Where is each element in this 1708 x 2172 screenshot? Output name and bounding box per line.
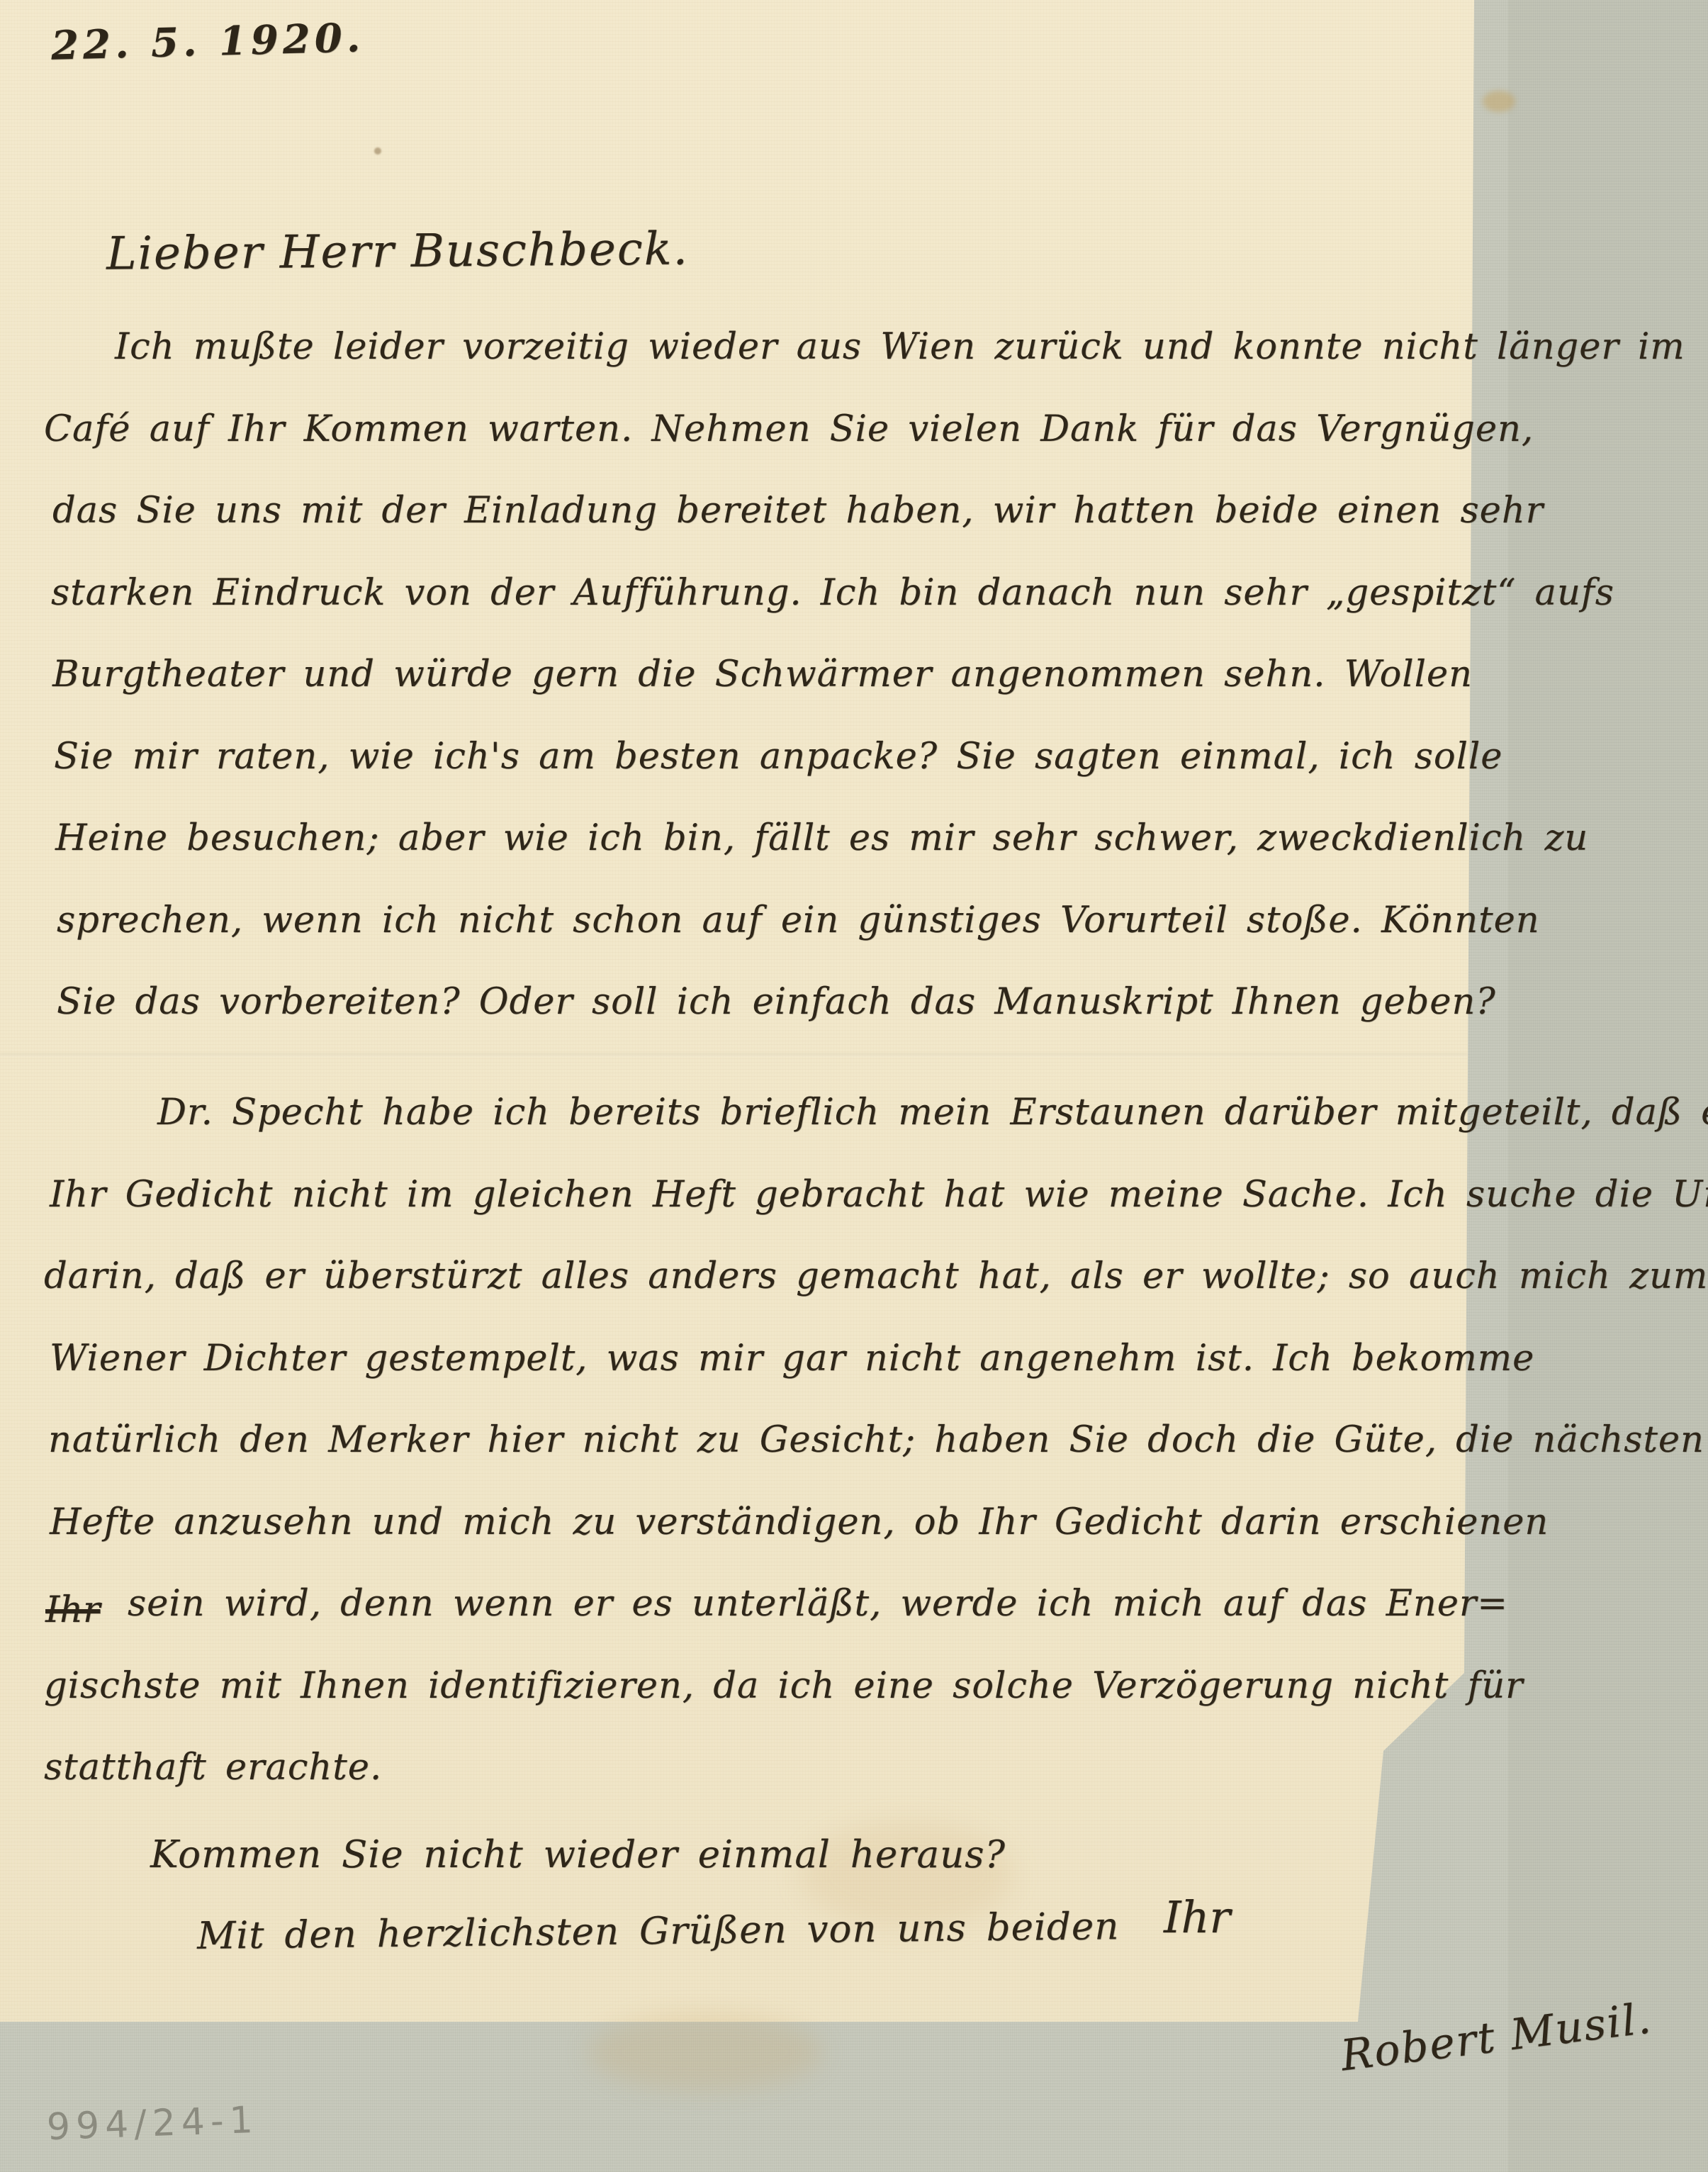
fold-crease [0, 1053, 1467, 1056]
letter-line: gischste mit Ihnen identifizieren, da ic… [44, 1645, 1554, 1728]
letter-line: statthaft erachte. [44, 1727, 1554, 1809]
stain [588, 2013, 822, 2091]
letter-line: Hefte anzusehn und mich zu verständigen,… [44, 1482, 1554, 1564]
strikethrough-word: Ihr [45, 1589, 100, 1631]
closing-question: Kommen Sie nicht wieder einmal heraus? [150, 1833, 1006, 1876]
letter-line: sein wird, denn wenn er es unterläßt, we… [44, 1563, 1554, 1645]
letter-date: 22. 5. 1920. [50, 14, 365, 69]
scanned-letter-canvas: 22. 5. 1920. Lieber Herr Buschbeck. Ich … [0, 0, 1708, 2172]
letter-line: Café auf Ihr Kommen warten. Nehmen Sie v… [44, 388, 1554, 471]
letter-line: starken Eindruck von der Aufführung. Ich… [44, 552, 1554, 634]
body-paragraph-2: Dr. Specht habe ich bereits brieflich me… [44, 1072, 1554, 1809]
letter-line: natürlich den Merker hier nicht zu Gesic… [44, 1399, 1554, 1482]
letter-line: Dr. Specht habe ich bereits brieflich me… [44, 1072, 1554, 1154]
letter-line: das Sie uns mit der Einladung bereitet h… [44, 470, 1554, 552]
letter-line: sprechen, wenn ich nicht schon auf ein g… [44, 880, 1554, 962]
letter-line: Wiener Dichter gestempelt, was mir gar n… [44, 1318, 1554, 1400]
letter-line: Sie das vorbereiten? Oder soll ich einfa… [44, 961, 1554, 1043]
letter-line: Ich mußte leider vorzeitig wieder aus Wi… [44, 306, 1554, 388]
body-paragraph-1: Ich mußte leider vorzeitig wieder aus Wi… [44, 306, 1554, 1043]
letter-line: darin, daß er überstürzt alles anders ge… [44, 1236, 1554, 1318]
letter-line: Sie mir raten, wie ich's am besten anpac… [44, 716, 1554, 798]
archival-number: 994/24-1 [46, 2099, 259, 2149]
closing-ihr: Ihr [1164, 1891, 1230, 1943]
letter-line: Ihr Gedicht nicht im gleichen Heft gebra… [44, 1154, 1554, 1236]
letter-line: Burgtheater und würde gern die Schwärmer… [44, 634, 1554, 716]
letter-line: Heine besuchen; aber wie ich bin, fällt … [44, 797, 1554, 880]
salutation: Lieber Herr Buschbeck. [106, 223, 689, 280]
